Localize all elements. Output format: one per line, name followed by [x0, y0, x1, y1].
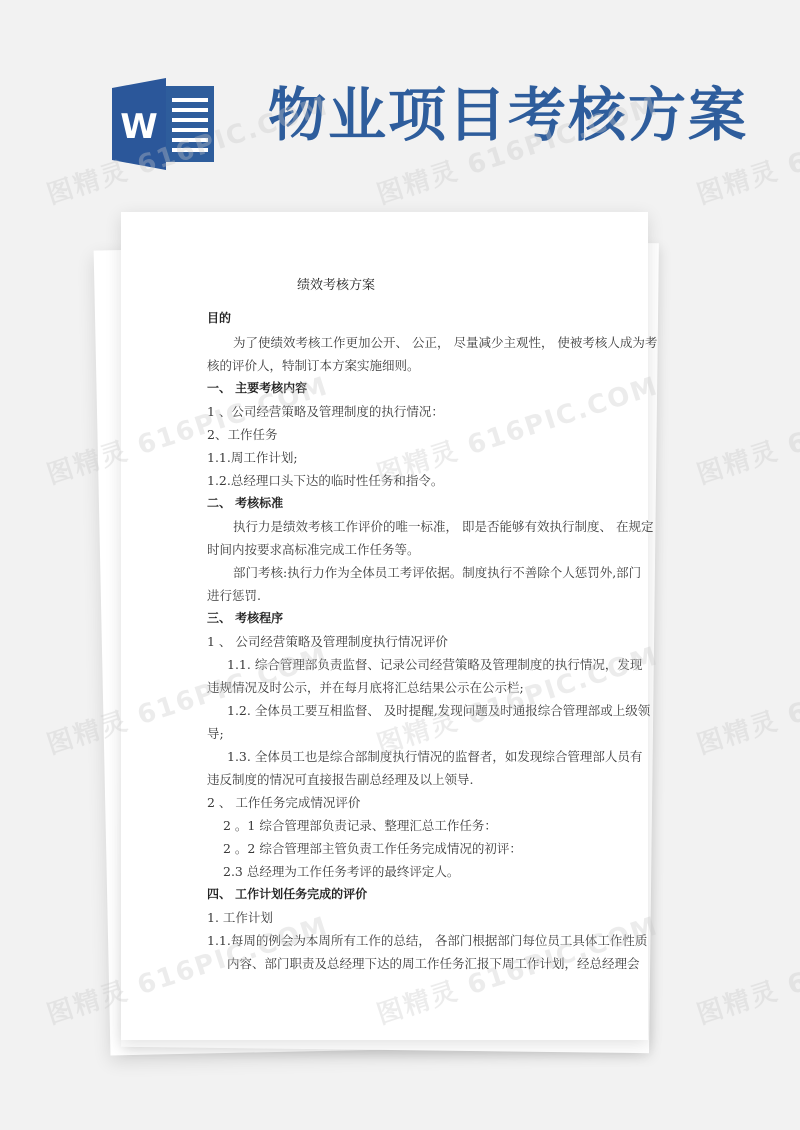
section-heading: 二、 考核标准 [207, 492, 283, 515]
paragraph-line: 2 、 工作任务完成情况评价 [207, 791, 360, 814]
paragraph-line: 内容、部门职责及总经理下达的周工作任务汇报下周工作计划，经总经理会 [227, 952, 640, 975]
section-heading: 四、 工作计划任务完成的评价 [207, 883, 367, 906]
section-heading: 一、 主要考核内容 [207, 377, 307, 400]
paragraph-line: 1. 工作计划 [207, 906, 273, 929]
paragraph-line: 2.3 总经理为工作任务考评的最终评定人。 [223, 860, 459, 883]
paragraph-line: 1.1. 综合管理部负责监督、记录公司经营策略及管理制度的执行情况，发现 [227, 653, 642, 676]
paragraph-line: 核的评价人，特制订本方案实施细则。 [207, 354, 420, 377]
paragraph-line: 1 、 公司经营策略及管理制度执行情况评价 [207, 630, 448, 653]
paragraph-line: 为了使绩效考核工作更加公开、 公正， 尽量减少主观性， 使被考核人成为考 [233, 331, 657, 354]
paragraph-line: 部门考核:执行力作为全体员工考评依据。制度执行不善除个人惩罚外,部门 [233, 561, 641, 584]
paragraph-line: 违反制度的情况可直接报告副总经理及以上领导. [207, 768, 473, 791]
paragraph-line: 1.2.总经理口头下达的临时性任务和指令。 [207, 469, 443, 492]
paragraph-line: 1.3. 全体员工也是综合部制度执行情况的监督者，如发现综合管理部人员有 [227, 745, 642, 768]
paragraph-line: 2 。1 综合管理部负责记录、整理汇总工作任务： [223, 814, 497, 837]
word-document-icon: W [110, 78, 218, 170]
paragraph-line: 2、工作任务 [207, 423, 277, 446]
paragraph-line: 1.2. 全体员工要互相监督、 及时提醒,发现问题及时通报综合管理部或上级领 [227, 699, 650, 722]
page-title: 物业项目考核方案 [268, 80, 748, 150]
svg-text:W: W [120, 107, 158, 147]
paragraph-line: 执行力是绩效考核工作评价的唯一标准， 即是否能够有效执行制度、 在规定 [233, 515, 653, 538]
paragraph-line: 1 、公司经营策略及管理制度的执行情况： [207, 400, 444, 423]
paragraph-line: 导; [207, 722, 224, 745]
paragraph-line: 1.1.每周的例会为本周所有工作的总结， 各部门根据部门每位员工具体工作性质 [207, 929, 647, 952]
watermark: 图精灵 616PIC.COM [691, 905, 800, 1031]
paragraph-line: 时间内按要求高标准完成工作任务等。 [207, 538, 420, 561]
paragraph-line: 违规情况及时公示，并在每月底将汇总结果公示在公示栏; [207, 676, 524, 699]
header-banner: W 物业项目考核方案 [0, 0, 800, 200]
section-heading: 三、 考核程序 [207, 607, 283, 630]
document-page: 绩效考核方案 目的为了使绩效考核工作更加公开、 公正， 尽量减少主观性， 使被考… [121, 212, 648, 1040]
paragraph-line: 进行惩罚. [207, 584, 261, 607]
watermark: 图精灵 616PIC.COM [691, 635, 800, 761]
paragraph-line: 1.1.周工作计划; [207, 446, 298, 469]
document-title: 绩效考核方案 [121, 274, 551, 293]
paragraph-line: 2 。2 综合管理部主管负责工作任务完成情况的初评： [223, 837, 522, 860]
section-heading: 目的 [207, 307, 231, 330]
watermark: 图精灵 616PIC.COM [691, 365, 800, 491]
